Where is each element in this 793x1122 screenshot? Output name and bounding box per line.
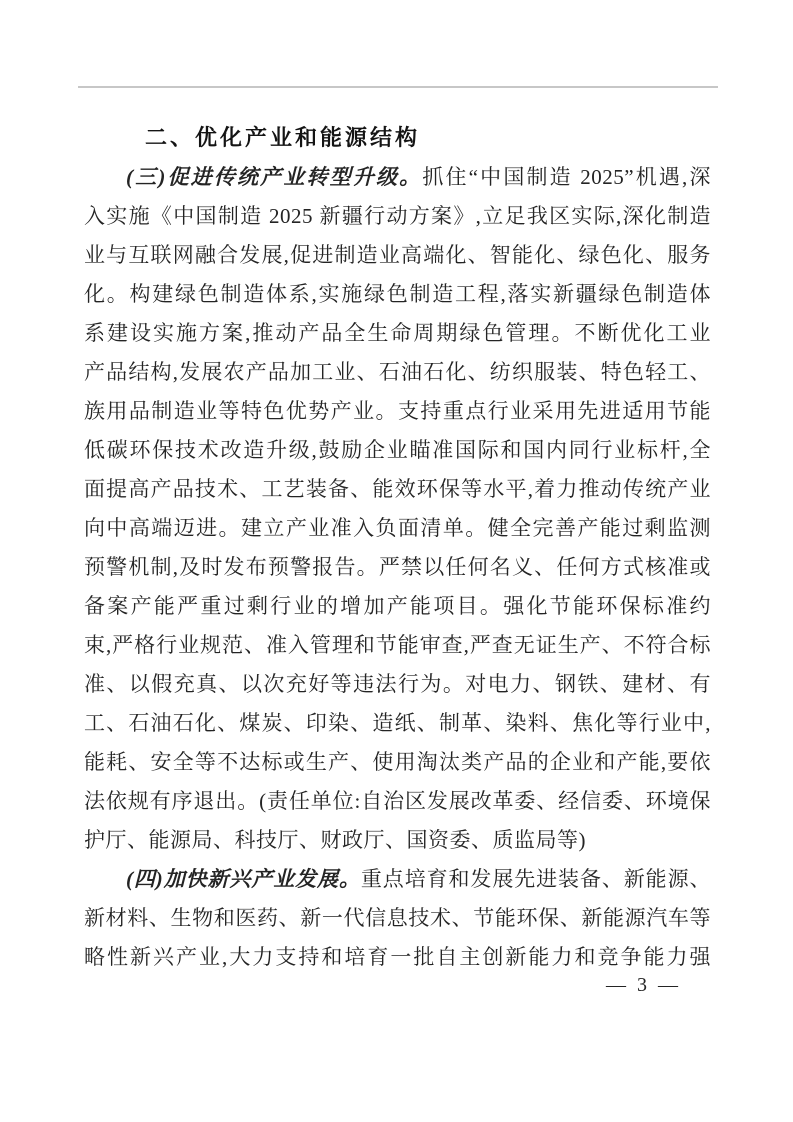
- text-line: 入实施《中国制造 2025 新疆行动方案》,立足我区实际,深化制造: [84, 197, 711, 236]
- text-line: 工、石油石化、煤炭、印染、造纸、制革、染料、焦化等行业中,环保、: [84, 704, 711, 743]
- line-text: 准、以假充真、以次充好等违法行为。对电力、钢铁、建材、有色、化: [84, 672, 711, 704]
- line-text: 业与互联网融合发展,促进制造业高端化、智能化、绿色化、服务: [84, 243, 711, 267]
- text-line: 面提高产品技术、工艺装备、能效环保等水平,着力推动传统产业: [84, 470, 711, 509]
- document-body: 二、优化产业和能源结构 (三)促进传统产业转型升级。抓住“中国制造 2025”机…: [84, 118, 711, 977]
- text-line: 向中高端迈进。建立产业准入负面清单。健全完善产能过剩监测: [84, 509, 711, 548]
- line-text: 面提高产品技术、工艺装备、能效环保等水平,着力推动传统产业: [84, 477, 711, 501]
- text-line: 法依规有序退出。(责任单位:自治区发展改革委、经信委、环境保: [84, 782, 711, 821]
- line-text: 工、石油石化、煤炭、印染、造纸、制革、染料、焦化等行业中,环保、: [84, 711, 711, 743]
- line-text: 护厅、能源局、科技厅、财政厅、国资委、质监局等): [84, 828, 586, 852]
- text-line: 产品结构,发展农产品加工业、石油石化、纺织服装、特色轻工、民: [84, 353, 711, 392]
- text-line: 护厅、能源局、科技厅、财政厅、国资委、质监局等): [84, 821, 711, 860]
- text-line: 备案产能严重过剩行业的增加产能项目。强化节能环保标准约: [84, 587, 711, 626]
- text-line: 束,严格行业规范、准入管理和节能审查,严查无证生产、不符合标: [84, 626, 711, 665]
- text-line: 业与互联网融合发展,促进制造业高端化、智能化、绿色化、服务: [84, 236, 711, 275]
- text-line: 低碳环保技术改造升级,鼓励企业瞄准国际和国内同行业标杆,全: [84, 431, 711, 470]
- line-text: 新材料、生物和医药、新一代信息技术、节能环保、新能源汽车等战: [84, 906, 711, 938]
- line-text: 产品结构,发展农产品加工业、石油石化、纺织服装、特色轻工、民: [84, 360, 711, 392]
- line-text: 备案产能严重过剩行业的增加产能项目。强化节能环保标准约: [84, 594, 711, 618]
- text-line: 略性新兴产业,大力支持和培育一批自主创新能力和竞争能力强: [84, 938, 711, 977]
- paragraph-lead: (四)加快新兴产业发展。: [126, 867, 361, 891]
- paragraph-lead: (三)促进传统产业转型升级。: [126, 165, 422, 189]
- line-text: 向中高端迈进。建立产业准入负面清单。健全完善产能过剩监测: [84, 516, 711, 540]
- text-line: (四)加快新兴产业发展。重点培育和发展先进装备、新能源、: [84, 860, 711, 899]
- text-line: 准、以假充真、以次充好等违法行为。对电力、钢铁、建材、有色、化: [84, 665, 711, 704]
- line-text: 抓住“中国制造 2025”机遇,深: [422, 165, 711, 189]
- line-text: 重点培育和发展先进装备、新能源、: [361, 867, 711, 891]
- page-number: — 3 —: [606, 974, 681, 997]
- line-text: 法依规有序退出。(责任单位:自治区发展改革委、经信委、环境保: [84, 789, 711, 813]
- line-text: 能耗、安全等不达标或生产、使用淘汰类产品的企业和产能,要依: [84, 750, 711, 774]
- text-line: 化。构建绿色制造体系,实施绿色制造工程,落实新疆绿色制造体: [84, 275, 711, 314]
- line-text: 束,严格行业规范、准入管理和节能审查,严查无证生产、不符合标: [84, 633, 711, 657]
- header-rule: [78, 86, 718, 88]
- line-text: 化。构建绿色制造体系,实施绿色制造工程,落实新疆绿色制造体: [84, 282, 711, 306]
- text-line: 族用品制造业等特色优势产业。支持重点行业采用先进适用节能: [84, 392, 711, 431]
- text-line: 新材料、生物和医药、新一代信息技术、节能环保、新能源汽车等战: [84, 899, 711, 938]
- text-line: 能耗、安全等不达标或生产、使用淘汰类产品的企业和产能,要依: [84, 743, 711, 782]
- line-text: 系建设实施方案,推动产品全生命周期绿色管理。不断优化工业: [84, 321, 711, 345]
- text-line: 预警机制,及时发布预警报告。严禁以任何名义、任何方式核准或: [84, 548, 711, 587]
- line-text: 低碳环保技术改造升级,鼓励企业瞄准国际和国内同行业标杆,全: [84, 438, 711, 462]
- section-heading: 二、优化产业和能源结构: [145, 118, 711, 158]
- line-text: 略性新兴产业,大力支持和培育一批自主创新能力和竞争能力强: [84, 945, 711, 969]
- line-text: 入实施《中国制造 2025 新疆行动方案》,立足我区实际,深化制造: [84, 204, 711, 228]
- document-page: 二、优化产业和能源结构 (三)促进传统产业转型升级。抓住“中国制造 2025”机…: [0, 0, 793, 1122]
- text-line: (三)促进传统产业转型升级。抓住“中国制造 2025”机遇,深: [84, 158, 711, 197]
- line-text: 族用品制造业等特色优势产业。支持重点行业采用先进适用节能: [84, 399, 711, 423]
- text-line: 系建设实施方案,推动产品全生命周期绿色管理。不断优化工业: [84, 314, 711, 353]
- line-text: 预警机制,及时发布预警报告。严禁以任何名义、任何方式核准或: [84, 555, 711, 579]
